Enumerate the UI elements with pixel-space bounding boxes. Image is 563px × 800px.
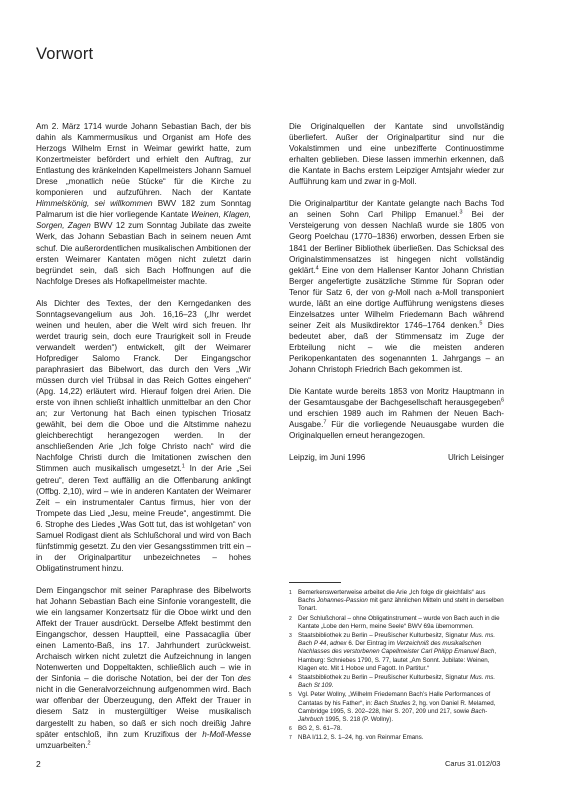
paragraph: Die Originalquellen der Kantate sind unv…	[289, 121, 504, 187]
italic-text: g	[388, 288, 393, 297]
italic-text: Himmelskönig, sei willkommen	[36, 199, 153, 208]
signature: Leipzig, im Juni 1996 Ulrich Leisinger	[289, 452, 504, 463]
footnote-number: 7	[289, 734, 298, 742]
catalog-number: Carus 31.012/03	[445, 759, 500, 768]
paragraph: Als Dichter des Textes, der den Kerngeda…	[36, 298, 251, 574]
footnote-text: Bemerkenswerterweise arbeitet die Arie „…	[298, 589, 504, 614]
footnote-ref: 7	[323, 420, 326, 426]
footnote-text: NBA I/11.2, S. 1–24, hg. von Reinmar Ema…	[298, 734, 504, 742]
italic-text: des	[238, 674, 251, 683]
italic-text: Weinen, Klagen, Sorgen, Zagen	[36, 210, 251, 230]
footnote-divider	[289, 582, 341, 583]
footnote-ref: 3	[459, 210, 462, 216]
paragraph: Am 2. März 1714 wurde Johann Sebastian B…	[36, 121, 251, 287]
paragraph: Dem Eingangschor mit seiner Paraphrase d…	[36, 585, 251, 751]
footnote-number: 2	[289, 615, 298, 631]
italic-text: Bach-Jahrbuch	[298, 708, 487, 723]
author-name: Ulrich Leisinger	[448, 452, 504, 463]
page-title: Vorwort	[36, 45, 93, 64]
italic-text: Verzeichniß des musikalischen Nachlasses…	[298, 640, 494, 655]
footnote-ref: 4	[316, 265, 319, 271]
footnote-number: 5	[289, 691, 298, 724]
italic-text: Mus. ms. Bach St 109	[298, 674, 495, 689]
place-date: Leipzig, im Juni 1996	[289, 452, 365, 463]
footnote-number: 6	[289, 725, 298, 733]
footnote-item: 3Staatsbibliothek zu Berlin – Preußische…	[289, 632, 504, 673]
paragraph: Die Kantate wurde bereits 1853 von Morit…	[289, 386, 504, 441]
paragraph: Die Originalpartitur der Kantate gelangt…	[289, 198, 504, 375]
footnote-text: BG 2, S. 61–78.	[298, 725, 504, 733]
footnote-item: 5Vgl. Peter Wollny, „Wilhelm Friedemann …	[289, 691, 504, 724]
italic-text: adnex	[330, 640, 347, 647]
footnote-text: Vgl. Peter Wollny, „Wilhelm Friedemann B…	[298, 691, 504, 724]
footnote-ref: 6	[501, 397, 504, 403]
footnote-text: Der Schlußchoral – ohne Obligatinstrumen…	[298, 615, 504, 631]
footnote-text: Staatsbibliothek zu Berlin – Preußischer…	[298, 632, 504, 673]
footnotes: 1Bemerkenswerterweise arbeitet die Arie …	[289, 589, 504, 744]
footnote-ref: 5	[479, 320, 482, 326]
page-number: 2	[36, 759, 41, 769]
left-column: Am 2. März 1714 wurde Johann Sebastian B…	[36, 121, 251, 751]
footnote-item: 7NBA I/11.2, S. 1–24, hg. von Reinmar Em…	[289, 734, 504, 742]
footnote-item: 2Der Schlußchoral – ohne Obligatinstrume…	[289, 615, 504, 631]
footnote-text: Staatsbibliothek zu Berlin – Preußischer…	[298, 674, 504, 690]
footnote-item: 6BG 2, S. 61–78.	[289, 725, 504, 733]
footnote-number: 1	[289, 589, 298, 614]
italic-text: Bach Studies	[374, 700, 410, 707]
footnote-number: 3	[289, 632, 298, 673]
italic-text: Johannes-Passion	[317, 597, 368, 604]
italic-text: h-Moll-Messe	[202, 730, 251, 739]
footnote-number: 4	[289, 674, 298, 690]
footnote-ref: 2	[88, 740, 91, 746]
footnote-item: 4Staatsbibliothek zu Berlin – Preußische…	[289, 674, 504, 690]
footnote-ref: 1	[182, 464, 185, 470]
right-column: Die Originalquellen der Kantate sind unv…	[289, 121, 504, 463]
footnote-item: 1Bemerkenswerterweise arbeitet die Arie …	[289, 589, 504, 614]
